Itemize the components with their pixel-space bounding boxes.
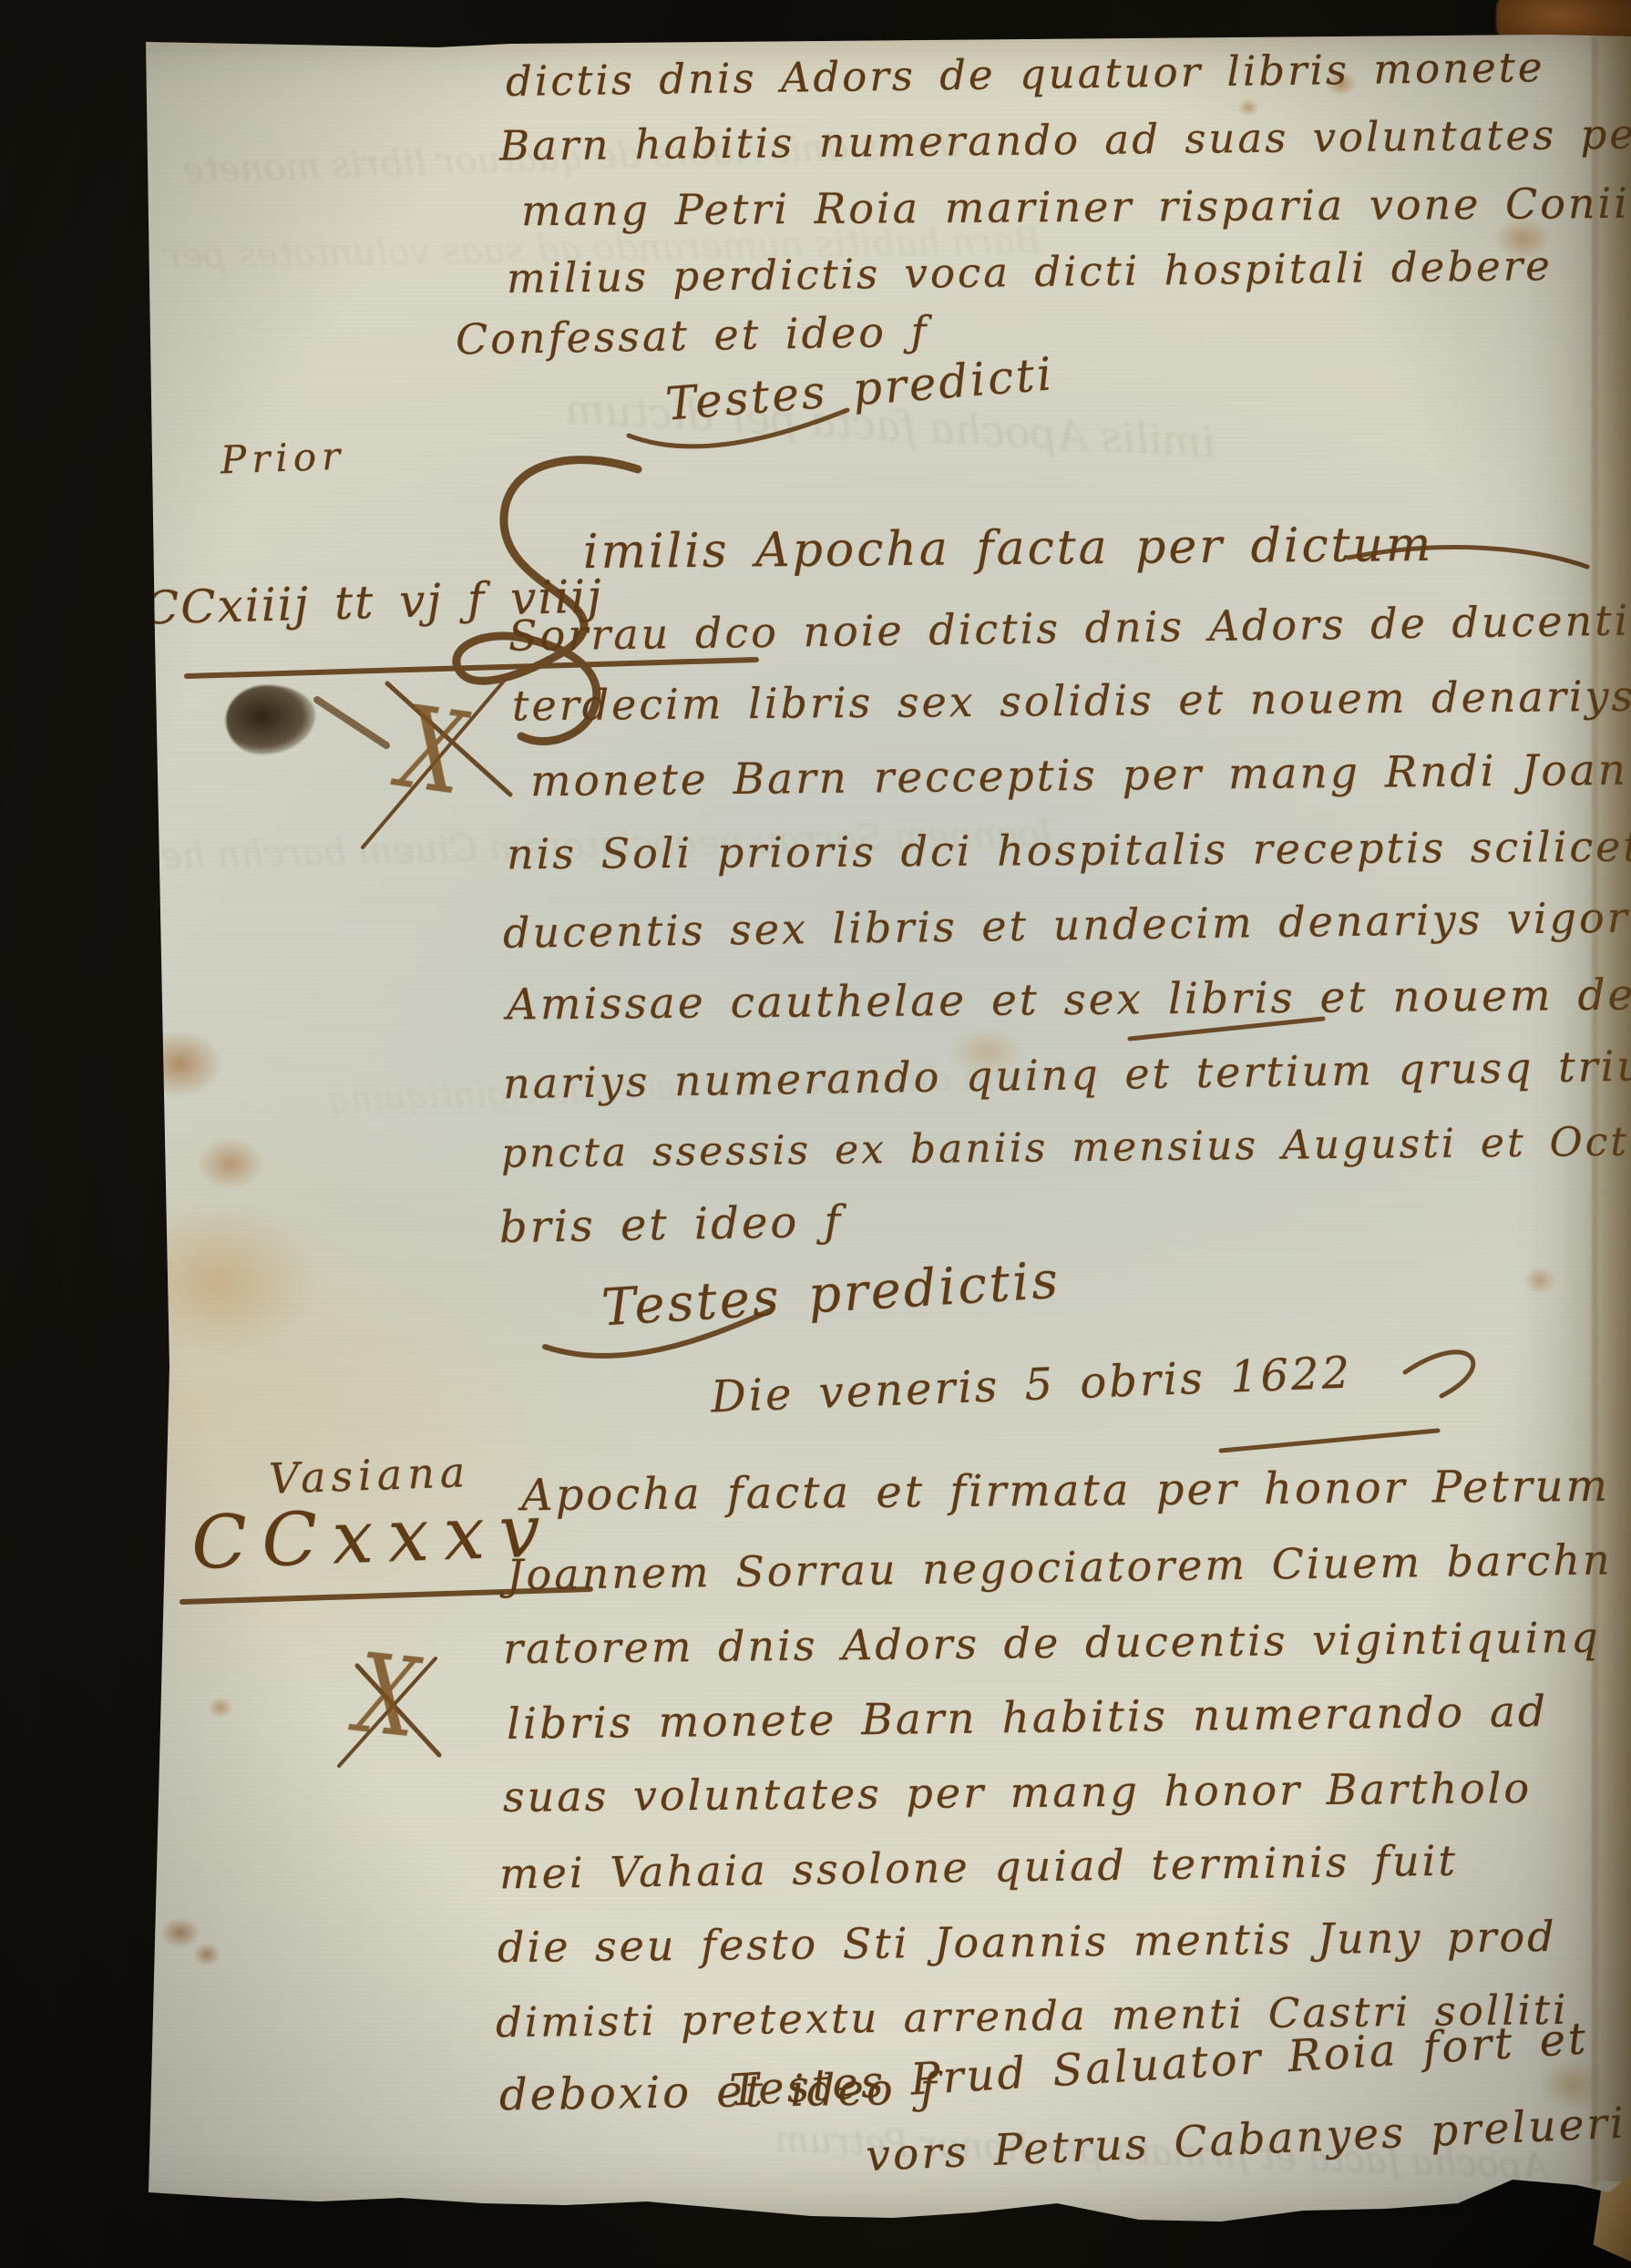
stain — [137, 1030, 223, 1098]
stain — [77, 665, 113, 696]
margin-title: Prior — [220, 434, 346, 483]
manuscript-line: Apocha facta et firmata per honor Petrum — [521, 1461, 1611, 1521]
manuscript-line: suas voluntates per mang honor Bartholo — [503, 1763, 1533, 1822]
stain — [118, 1203, 319, 1358]
margin-x-mark: X — [351, 1630, 426, 1762]
manuscript-line: Confessat et ideo ƒ — [456, 306, 929, 364]
testes-line: Testes predictis — [600, 1251, 1062, 1339]
margin-amount: CCxxxv — [190, 1488, 556, 1586]
stain — [18, 102, 66, 140]
manuscript-line: libris monete Barn habitis numerando ad — [507, 1687, 1549, 1750]
testes-line: Testes predicti — [663, 347, 1056, 430]
ink-smear — [317, 700, 386, 745]
manuscript-line: pncta ssessis ex baniis mensius Augusti … — [501, 1118, 1631, 1176]
manuscript-line: milius perdictis voca dicti hospitali de… — [507, 241, 1553, 303]
page-curl-edge — [1596, 35, 1631, 2181]
margin-underline — [187, 660, 756, 676]
manuscript-line: Barn habitis numerando ad suas voluntate… — [499, 109, 1631, 169]
manuscript-line: terdecim libris sex solidis et nouem den… — [512, 672, 1631, 731]
stain — [98, 1305, 138, 1339]
ink-blot — [226, 685, 315, 754]
witness-line: vors Petrus Cabanyes prelueri bail — [865, 2093, 1631, 2181]
stain — [193, 1943, 221, 1966]
date-underline — [1221, 1431, 1438, 1451]
manuscript-line: Joannem Sorrau negociatorem Ciuem barchn… — [507, 1534, 1631, 1600]
date-curl — [1405, 1352, 1473, 1396]
date-line: Die veneris 5 obris 1622 — [710, 1348, 1353, 1423]
manuscript-line: ratorem dnis Adors de ducentis vigintiqu… — [503, 1613, 1601, 1674]
manuscript-line: imilis Apocha facta per dictum — [583, 518, 1434, 580]
manuscript-line: nis Soli prioris dci hospitalis receptis… — [507, 822, 1631, 879]
manuscript-photo: dictis dnis Adors de quatuor libris mone… — [0, 0, 1631, 2268]
manuscript-page: dictis dnis Adors de quatuor libris mone… — [0, 0, 1631, 2268]
manuscript-line: bris et ideo ƒ — [499, 1196, 844, 1254]
manuscript-line: dictis dnis Adors de quatuor libris mone… — [506, 43, 1545, 106]
margin-x-mark: X — [392, 681, 475, 821]
manuscript-line: Sorrau dco noie dictis dnis Adors de duc… — [508, 595, 1631, 661]
stain — [160, 1917, 200, 1948]
manuscript-line: monete Barn recceptis per mang Rndi Joan — [530, 745, 1628, 807]
manuscript-line: mei Vahaia ssolone quiad terminis fuit — [499, 1836, 1459, 1899]
stain — [208, 1697, 233, 1719]
manuscript-line: mang Petri Roia mariner risparia vone Co… — [521, 179, 1630, 235]
manuscript-line: Amissae cauthelae et sex libris et nouem… — [507, 970, 1631, 1031]
manuscript-line: die seu festo Sti Joannis mentis Juny pr… — [498, 1912, 1557, 1972]
manuscript-line: ducentis sex libris et undecim denariys … — [503, 892, 1631, 958]
stain — [196, 1137, 264, 1190]
stain — [26, 27, 112, 93]
stain — [1523, 1267, 1556, 1294]
manuscript-line: nariys numerando quinq et tertium qrusq … — [503, 1041, 1631, 1108]
